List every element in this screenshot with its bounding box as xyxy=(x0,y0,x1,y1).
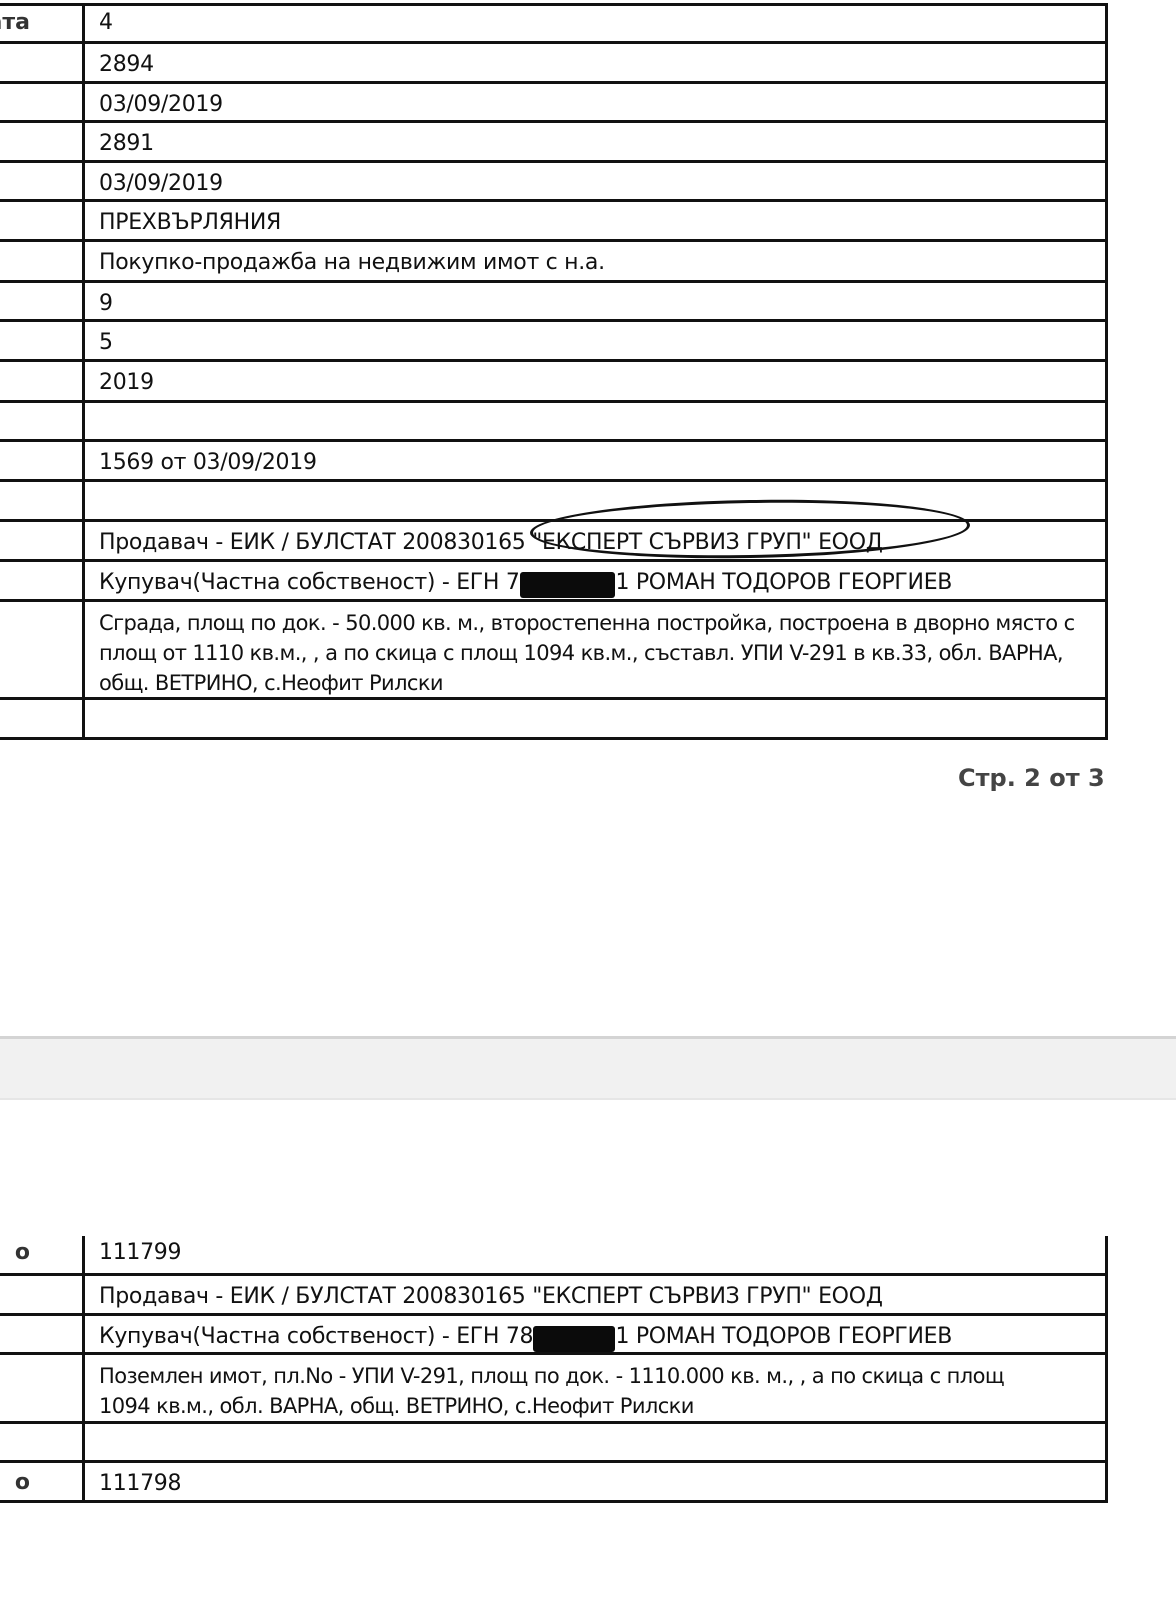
table-row: 9 xyxy=(0,283,1108,322)
seller-value: Продавач - ЕИК / БУЛСТАТ 200830165 "ЕКСП… xyxy=(99,1276,1108,1313)
table-row xyxy=(0,403,1108,442)
buyer-prefix: Купувач(Частна собственост) - ЕГН 78 xyxy=(99,1324,533,1349)
redaction-block: 060385 xyxy=(533,1326,615,1352)
table-row: 2019 xyxy=(0,362,1108,403)
row-label xyxy=(0,700,85,737)
table-row xyxy=(0,700,1108,740)
table-row: 2894 xyxy=(0,44,1108,84)
row-value: 111798 xyxy=(99,1463,1108,1500)
property-description: Сграда, площ по док. - 50.000 кв. м., вт… xyxy=(99,602,1108,697)
table-row: Продавач - ЕИК / БУЛСТАТ 200830165 "ЕКСП… xyxy=(0,522,1108,562)
row-label xyxy=(0,202,85,239)
table-row: Купувач(Частна собственост) - ЕГН 780603… xyxy=(0,562,1108,602)
table-row: 1569 от 03/09/2019 xyxy=(0,442,1108,482)
row-value: 111799 xyxy=(99,1236,1108,1273)
table-row: 2891 xyxy=(0,123,1108,163)
table-row xyxy=(0,1424,1108,1463)
table-row: Поземлен имот, пл.No - УПИ V-291, площ п… xyxy=(0,1355,1108,1424)
page-indicator: Стр. 2 от 3 xyxy=(958,764,1105,792)
row-label xyxy=(0,242,85,280)
row-label xyxy=(0,123,85,160)
row-value: 03/09/2019 xyxy=(99,84,1108,120)
buyer-value: Купувач(Частна собственост) - ЕГН 780603… xyxy=(99,562,1108,599)
row-label: ата xyxy=(0,6,85,41)
table-row: Сграда, площ по док. - 50.000 кв. м., вт… xyxy=(0,602,1108,700)
table-row: о 111799 xyxy=(0,1236,1108,1276)
table-row: Покупко-продажба на недвижим имот с н.а. xyxy=(0,242,1108,283)
row-label xyxy=(0,602,85,697)
table-row: ПРЕХВЪРЛЯНИЯ xyxy=(0,202,1108,242)
table-row: 03/09/2019 xyxy=(0,163,1108,202)
row-label xyxy=(0,1355,85,1421)
row-label xyxy=(0,163,85,199)
row-value: 2019 xyxy=(99,362,1108,400)
buyer-suffix: 1 РОМАН ТОДОРОВ ГЕОРГИЕВ xyxy=(615,570,952,595)
row-label xyxy=(0,362,85,400)
table-row: Продавач - ЕИК / БУЛСТАТ 200830165 "ЕКСП… xyxy=(0,1276,1108,1316)
row-value xyxy=(99,700,1108,737)
row-value xyxy=(99,482,1108,519)
row-value: 1569 от 03/09/2019 xyxy=(99,442,1108,479)
faded-footer-text xyxy=(0,760,260,790)
row-label xyxy=(0,283,85,319)
row-label xyxy=(0,1316,85,1352)
row-label xyxy=(0,322,85,359)
row-value: 9 xyxy=(99,283,1108,319)
page-separator xyxy=(0,1036,1176,1100)
table-row xyxy=(0,482,1108,522)
table-row: о 111798 xyxy=(0,1463,1108,1503)
buyer-value: Купувач(Частна собственост) - ЕГН 780603… xyxy=(99,1316,1108,1352)
buyer-suffix: 1 РОМАН ТОДОРОВ ГЕОРГИЕВ xyxy=(615,1324,952,1349)
table-row: Купувач(Частна собственост) - ЕГН 780603… xyxy=(0,1316,1108,1355)
row-label xyxy=(0,1424,85,1460)
row-label xyxy=(0,522,85,559)
row-label: о xyxy=(0,1236,85,1273)
table-row: ата 4 xyxy=(0,6,1108,44)
row-value: ПРЕХВЪРЛЯНИЯ xyxy=(99,202,1108,239)
row-label xyxy=(0,562,85,599)
row-label xyxy=(0,44,85,81)
table-row: 5 xyxy=(0,322,1108,362)
row-label xyxy=(0,482,85,519)
row-value xyxy=(99,403,1108,439)
row-value: 2891 xyxy=(99,123,1108,160)
property-description: Поземлен имот, пл.No - УПИ V-291, площ п… xyxy=(99,1355,1108,1421)
seller-value: Продавач - ЕИК / БУЛСТАТ 200830165 "ЕКСП… xyxy=(99,522,1108,559)
row-label xyxy=(0,84,85,120)
redaction-block: 8060385 xyxy=(520,572,616,598)
table-row: 03/09/2019 xyxy=(0,84,1108,123)
row-value: 2894 xyxy=(99,44,1108,81)
row-label xyxy=(0,442,85,479)
row-label xyxy=(0,403,85,439)
row-value: Покупко-продажба на недвижим имот с н.а. xyxy=(99,242,1108,280)
row-value: 4 xyxy=(99,6,1108,41)
row-value xyxy=(99,1424,1108,1460)
row-value: 5 xyxy=(99,322,1108,359)
buyer-prefix: Купувач(Частна собственост) - ЕГН 7 xyxy=(99,570,520,595)
row-value: 03/09/2019 xyxy=(99,163,1108,199)
row-label xyxy=(0,1276,85,1313)
row-label: о xyxy=(0,1463,85,1500)
